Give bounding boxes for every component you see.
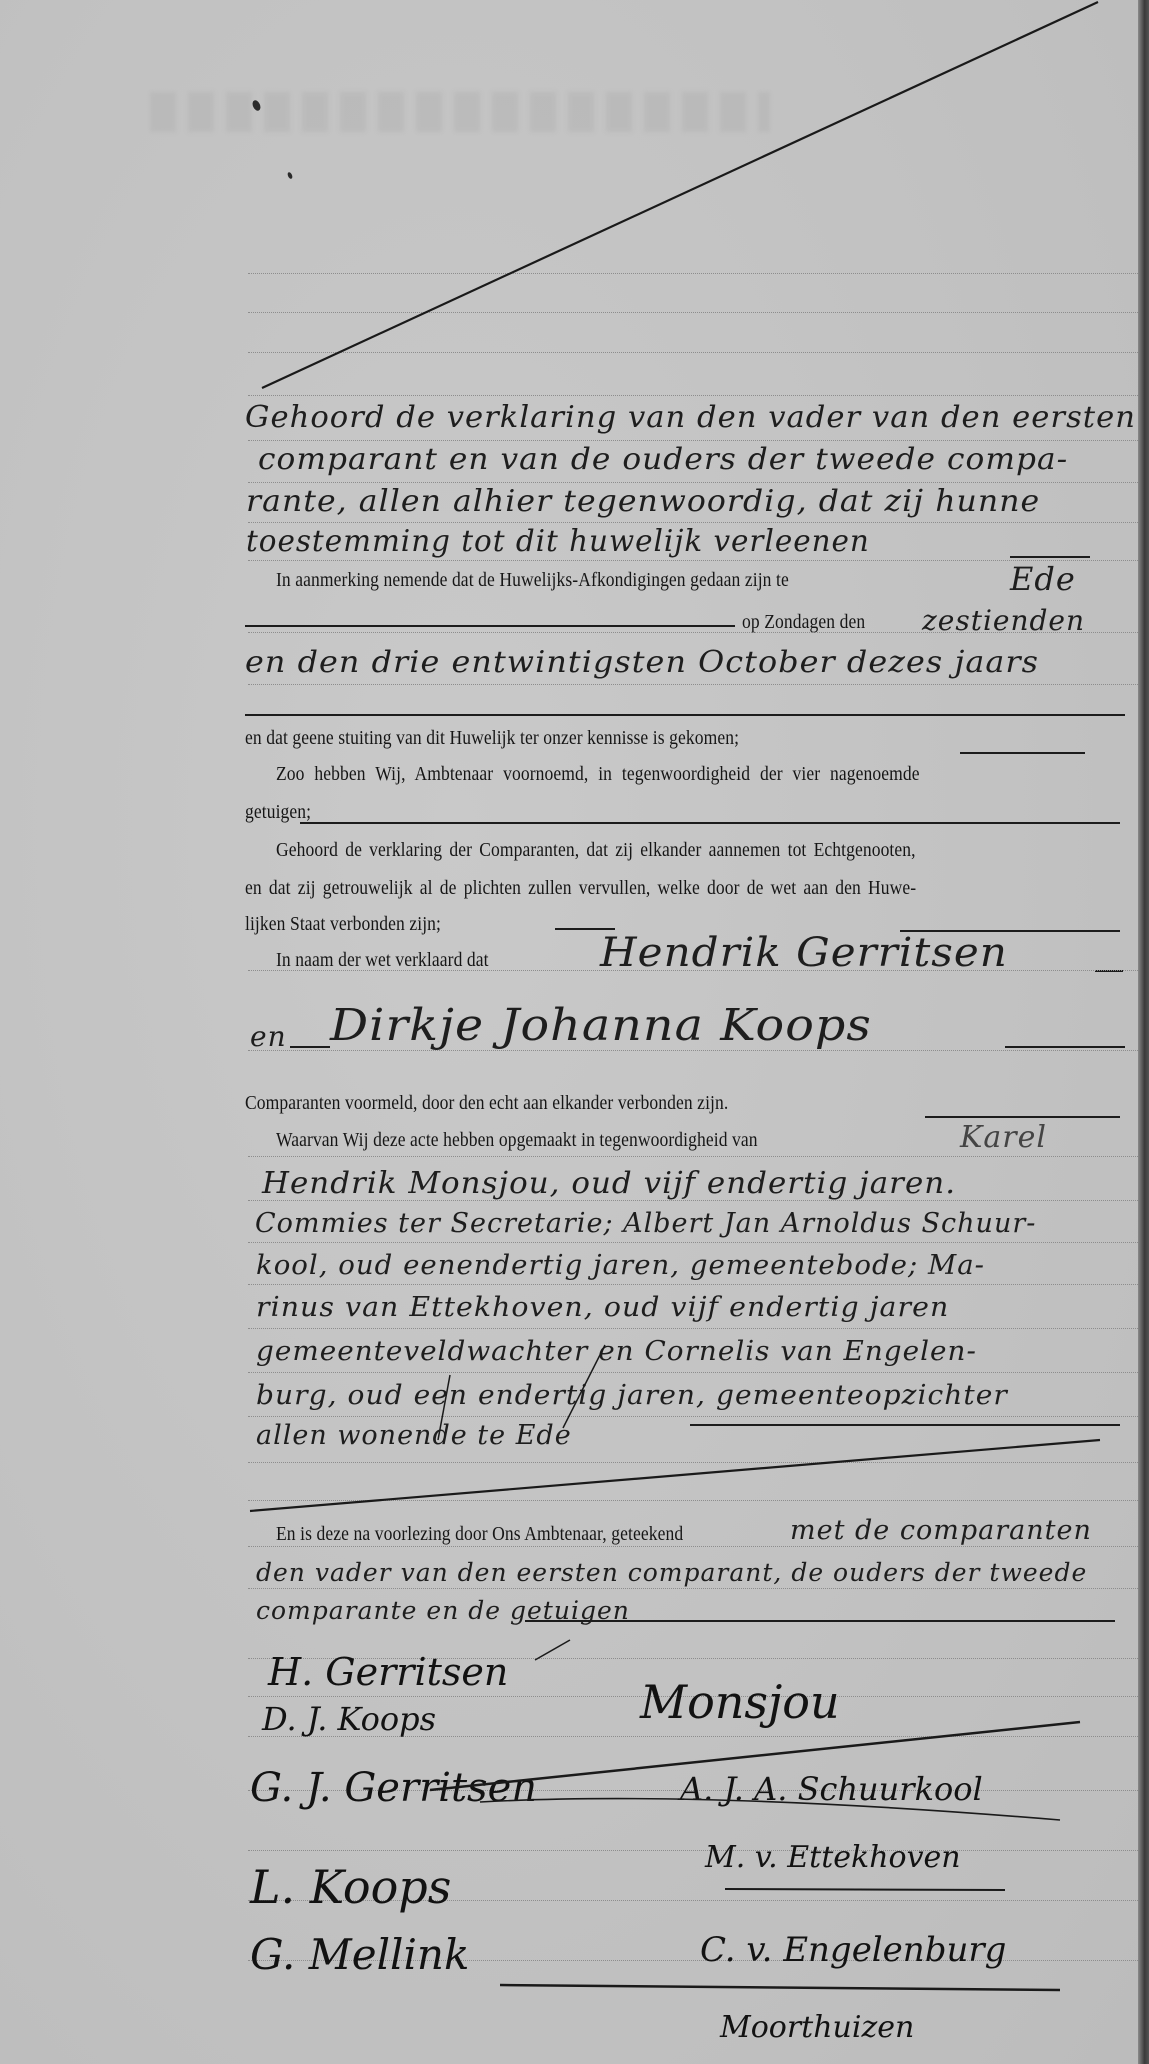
fill-line: [525, 1620, 1115, 1622]
handwritten-line: comparant en van de ouders der tweede co…: [258, 442, 1068, 477]
printed-text: getuigen;: [245, 802, 311, 824]
ruled-line: [248, 1588, 1138, 1589]
ruled-line: [248, 1500, 1138, 1501]
ruled-line: [248, 352, 1138, 353]
printed-text: In aanmerking nemende dat de Huwelijks-A…: [276, 570, 789, 592]
signature-witness-2: A. J. A. Schuurkool: [680, 1770, 983, 1808]
signature-official: Moorthuizen: [720, 2010, 914, 2045]
fill-line: [245, 714, 1125, 716]
ruled-line: [248, 560, 1138, 561]
handwritten-line: allen wonende te Ede: [256, 1420, 572, 1451]
handwritten-line: Karel: [960, 1120, 1047, 1155]
handwritten-line: rante, allen alhier tegenwoordig, dat zi…: [246, 484, 1040, 519]
ruled-line: [248, 395, 1138, 396]
handwritten-line: rinus van Ettekhoven, oud vijf endertig …: [256, 1292, 949, 1323]
fill-line: [290, 1046, 330, 1048]
signature-underline: [725, 1889, 1005, 1890]
ruled-line: [248, 1850, 1138, 1851]
printed-text: Gehoord de verklaring der Comparanten, d…: [276, 840, 916, 862]
ruled-line: [248, 1328, 1138, 1329]
signature-father-bride: L. Koops: [250, 1860, 451, 1914]
ruled-line: [248, 1416, 1138, 1417]
ruled-line: [248, 482, 1138, 483]
handwritten-place: Ede: [1010, 560, 1076, 598]
handwritten-line: den vader van den eersten comparant, de …: [256, 1558, 1087, 1587]
signature-underline: [500, 1985, 1060, 1990]
ruled-line: [248, 1200, 1138, 1201]
handwritten-line: Hendrik Monsjou, oud vijf endertig jaren…: [262, 1166, 956, 1201]
document-page: Gehoord de verklaring van den vader van …: [0, 0, 1138, 2064]
printed-text: en dat geene stuiting van dit Huwelijk t…: [245, 728, 739, 750]
printed-text: op Zondagen den: [742, 612, 865, 634]
ruled-line: [248, 1284, 1138, 1285]
printed-text: Comparanten voormeld, door den echt aan …: [245, 1093, 728, 1115]
ink-spot: [287, 171, 294, 179]
signature-witness-1: Monsjou: [640, 1675, 840, 1729]
printed-text: Zoo hebben Wij, Ambtenaar voornoemd, in …: [276, 764, 920, 786]
handwritten-line: gemeenteveldwachter en Cornelis van Enge…: [256, 1336, 977, 1367]
ruled-line: [248, 1050, 1138, 1051]
handwritten-line: kool, oud eenendertig jaren, gemeentebod…: [256, 1250, 985, 1281]
fill-line: [245, 625, 735, 627]
handwritten-line: burg, oud een endertig jaren, gemeenteop…: [256, 1380, 1008, 1411]
fill-line: [960, 752, 1085, 754]
ruled-line: [248, 312, 1138, 313]
page-binding-edge: [1138, 0, 1149, 2064]
signature-witness-3: M. v. Ettekhoven: [705, 1840, 961, 1875]
signature-bride: D. J. Koops: [262, 1700, 436, 1738]
fill-line: [690, 1424, 1120, 1426]
signature-groom: H. Gerritsen: [268, 1650, 508, 1694]
bleed-through-header: [150, 92, 770, 132]
ruled-line: [248, 632, 1138, 633]
handwritten-line: Gehoord de verklaring van den vader van …: [245, 400, 1136, 435]
fill-line: [1005, 1046, 1125, 1048]
handwritten-line: toestemming tot dit huwelijk verleenen: [246, 524, 870, 559]
ruled-line: [248, 1372, 1138, 1373]
signature-father-groom: G. J. Gerritsen: [250, 1765, 537, 1811]
printed-text: Waarvan Wij deze acte hebben opgemaakt i…: [276, 1130, 758, 1152]
ruled-line: [248, 1546, 1138, 1547]
handwritten-conjunction: en: [250, 1020, 287, 1053]
fill-line: [300, 822, 1120, 824]
ruled-line: [248, 1156, 1138, 1157]
ruled-line: [248, 970, 1138, 971]
handwritten-line: met de comparanten: [790, 1515, 1092, 1546]
fill-line: [1010, 556, 1090, 558]
ruled-line: [248, 1242, 1138, 1243]
signature-witness-4: C. v. Engelenburg: [700, 1930, 1006, 1970]
ruled-line: [248, 273, 1138, 274]
printed-text: en dat zij getrouwelijk al de plichten z…: [245, 878, 916, 900]
handwritten-date-line: en den drie entwintigsten October dezes …: [245, 645, 1039, 680]
descender-stroke: [535, 1640, 570, 1660]
ruled-line: [248, 1462, 1138, 1463]
bride-name: Dirkje Johanna Koops: [330, 1000, 872, 1051]
printed-text: lijken Staat verbonden zijn;: [245, 914, 441, 936]
ruled-line: [248, 684, 1138, 685]
printed-text: En is deze na voorlezing door Ons Ambten…: [276, 1524, 683, 1546]
printed-text: In naam der wet verklaard dat: [276, 950, 489, 972]
signature-mother-bride: G. Mellink: [250, 1930, 469, 1979]
ruled-line: [248, 522, 1138, 523]
cancel-diagonal-stroke: [262, 2, 1098, 388]
fill-line: [925, 1116, 1120, 1118]
ruled-line: [248, 440, 1138, 441]
handwritten-line: Commies ter Secretarie; Albert Jan Arnol…: [255, 1208, 1036, 1239]
